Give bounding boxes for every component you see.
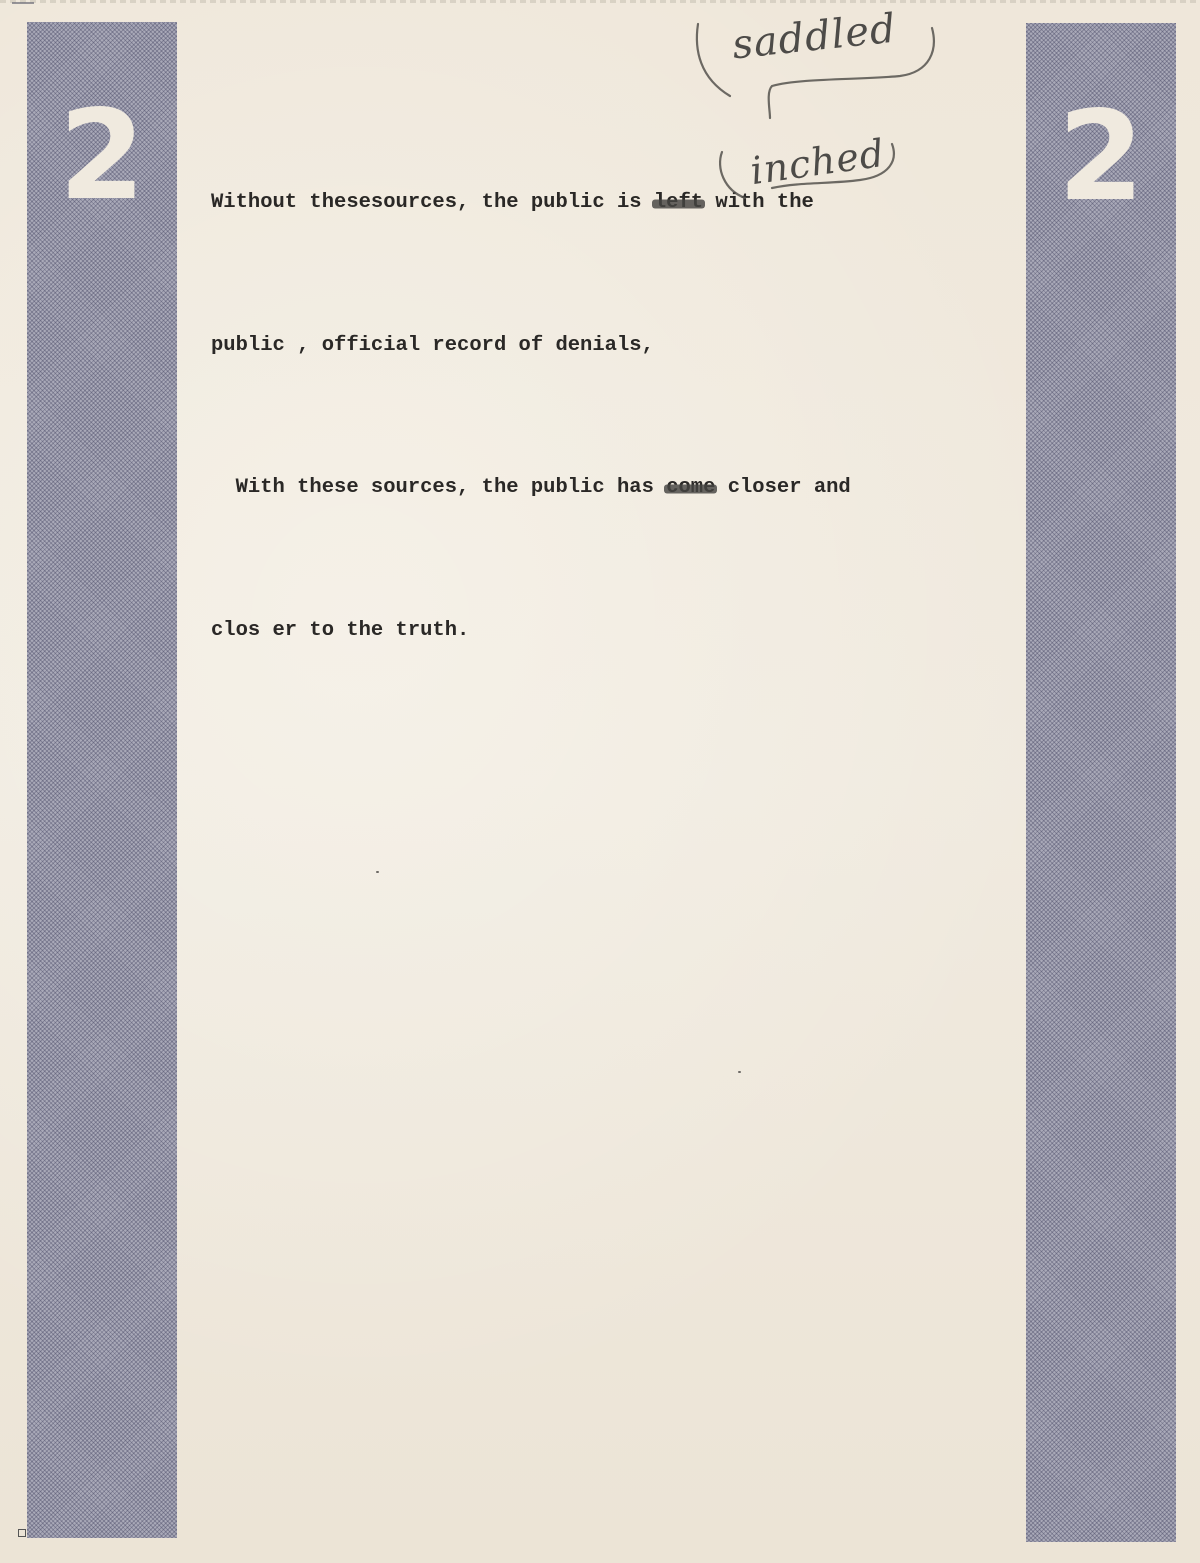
right-page-number: 2 (1026, 95, 1176, 219)
typed-line-1-post: with the (703, 191, 814, 214)
paper-speck (738, 1071, 741, 1073)
struck-word-come: come (666, 464, 715, 512)
struck-word-left: left (654, 179, 703, 227)
left-side-strip: 2 (27, 22, 177, 1538)
typed-line-2: public , official record of denials, (211, 322, 971, 370)
top-perforation (0, 0, 1200, 3)
typed-line-1-pre: Without thesesources, the public is (211, 191, 654, 214)
typed-line-2-pre: public , official record of denials, (211, 334, 654, 357)
typed-line-4: clos er to the truth. (211, 607, 971, 655)
typed-line-3: With these sources, the public has come … (211, 464, 971, 512)
paper-speck (376, 871, 379, 873)
typed-line-1: Without thesesources, the public is left… (211, 179, 971, 227)
right-side-strip: 2 (1026, 23, 1176, 1542)
typed-line-4-pre: clos er to the truth. (211, 619, 469, 642)
small-corner-box (18, 1529, 26, 1537)
left-page-number: 2 (27, 94, 177, 218)
corner-mark (12, 2, 34, 6)
typed-line-3-post: closer and (715, 476, 850, 499)
typed-line-3-pre: With these sources, the public has (211, 476, 666, 499)
